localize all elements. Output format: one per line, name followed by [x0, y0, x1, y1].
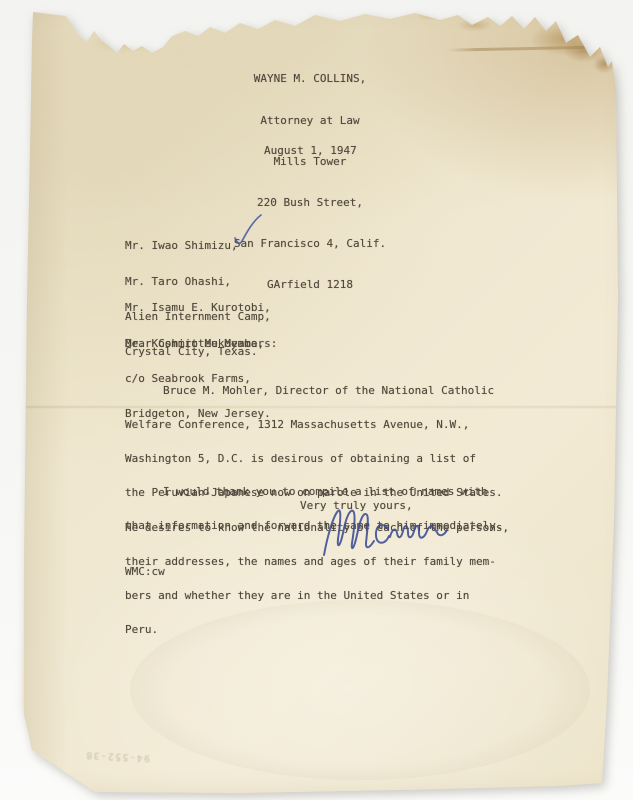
date-line: August 1, 1947 — [264, 145, 357, 156]
body-line: Peru. — [125, 624, 509, 635]
signature-handwriting — [318, 503, 453, 565]
letterhead-title: Attorney at Law — [150, 114, 470, 128]
salutation: Dear Committee Members: — [125, 338, 277, 349]
body-line: bers and whether they are in the United … — [125, 590, 509, 601]
letterhead-street: 220 Bush Street, — [150, 196, 470, 210]
checkmark-icon — [233, 213, 263, 247]
typist-initials: WMC:cw — [125, 566, 165, 577]
recipient-line: Mr. Isamu E. Kurotobi, — [125, 302, 271, 314]
body-line: I would thank you to compile a list of n… — [125, 486, 503, 497]
scanned-letter-page: WAYNE M. COLLINS, Attorney at Law Mills … — [0, 0, 633, 800]
letterhead-name: WAYNE M. COLLINS, — [150, 72, 470, 86]
body-line: Welfare Conference, 1312 Massachusetts A… — [125, 419, 509, 430]
paper-shadow: WAYNE M. COLLINS, Attorney at Law Mills … — [0, 0, 633, 800]
body-line: Bruce M. Mohler, Director of the Nationa… — [125, 385, 509, 396]
letter-paper: WAYNE M. COLLINS, Attorney at Law Mills … — [0, 0, 633, 800]
